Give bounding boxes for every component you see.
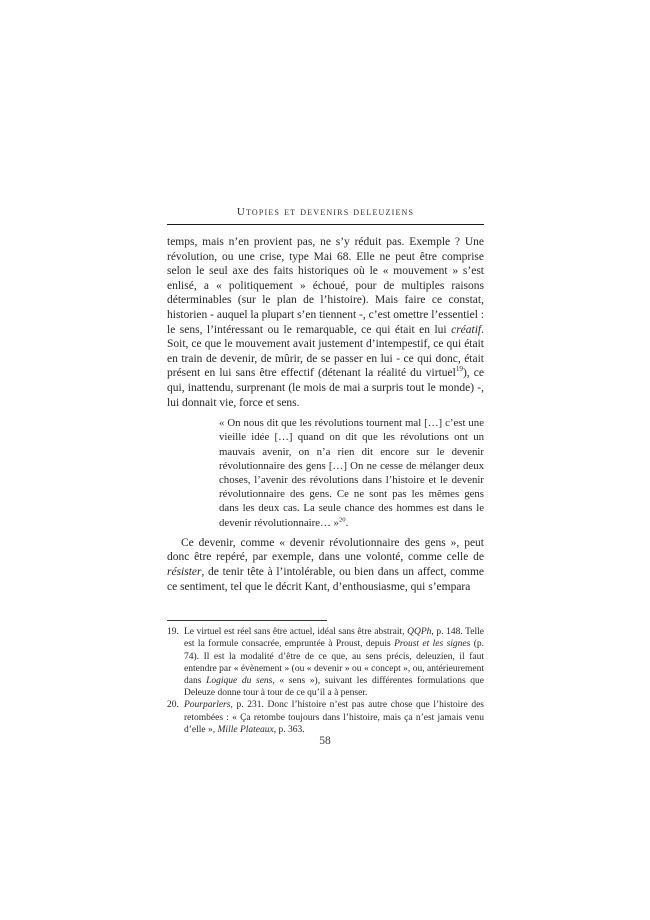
page-number: 58 [0,735,650,747]
book-page: Utopies et devenirs deleuziens temps, ma… [0,0,650,920]
footnote-number: 19. [167,626,184,638]
footnote-separator [167,620,327,621]
footnote-20: 20. Pourparlers, p. 231. Donc l’histoire… [167,699,484,736]
text-block: Utopies et devenirs deleuziens temps, ma… [167,206,484,736]
footnote-text: Le virtuel est réel sans être actuel, id… [184,626,484,699]
footnote-text: Pourparlers, p. 231. Donc l’histoire n’e… [184,699,484,736]
footnotes: 19. Le virtuel est réel sans être actuel… [167,626,484,736]
footnote-number: 20. [167,699,184,711]
body-paragraph-1: temps, mais n’en provient pas, ne s’y ré… [167,235,484,410]
running-header-text: Utopies et devenirs deleuziens [237,206,414,218]
footnote-19: 19. Le virtuel est réel sans être actuel… [167,626,484,699]
body-paragraph-2: Ce devenir, comme « devenir révolutionna… [167,536,484,594]
running-header: Utopies et devenirs deleuziens [167,206,484,219]
header-rule [167,224,484,225]
block-quote: « On nous dit que les révolutions tourne… [167,416,484,530]
